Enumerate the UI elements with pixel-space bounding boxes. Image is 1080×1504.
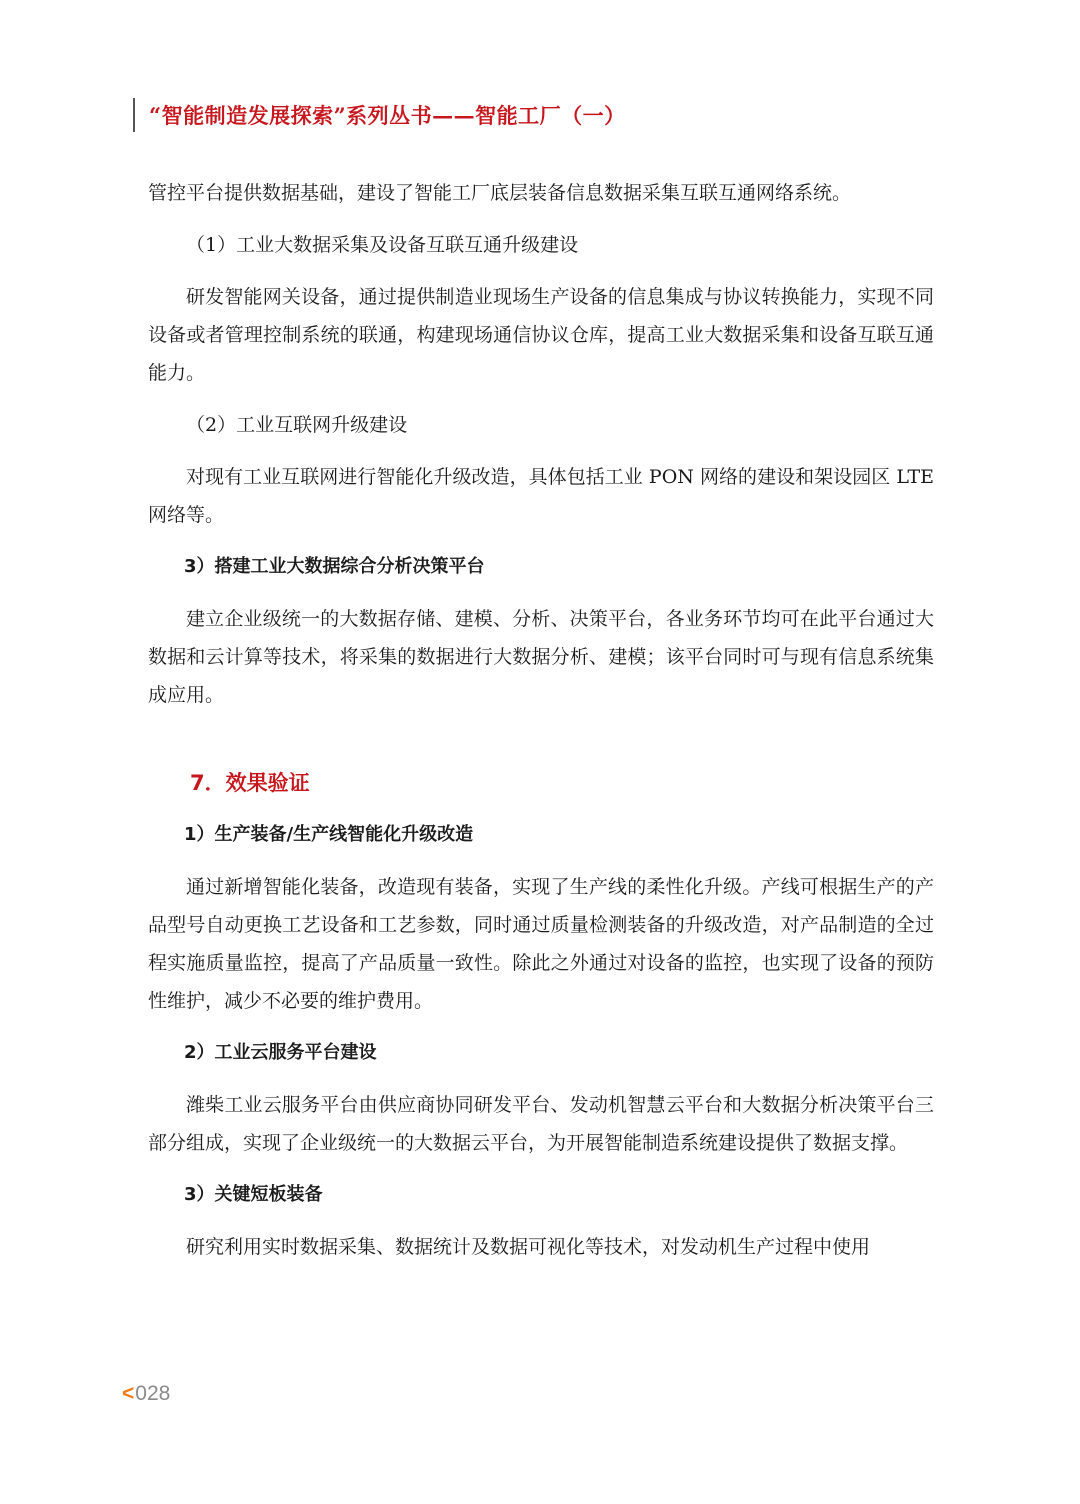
paragraph-2: 对现有工业互联网进行智能化升级改造，具体包括工业 PON 网络的建设和架设园区 … <box>148 458 934 534</box>
subheading-3: 3）搭建工业大数据综合分析决策平台 <box>148 548 934 586</box>
running-header: “智能制造发展探索”系列丛书——智能工厂（一） <box>133 98 626 132</box>
section-7-1-body: 通过新增智能化装备，改造现有装备，实现了生产线的柔性化升级。产线可根据生产的产品… <box>148 868 934 1020</box>
section-title-7: 7．效果验证 <box>148 764 934 802</box>
page-number: < 028 <box>122 1382 170 1406</box>
section-7-1-title: 1）生产装备/生产线智能化升级改造 <box>148 816 934 854</box>
chevron-left-icon: < <box>122 1382 134 1406</box>
page-number-value: 028 <box>135 1382 170 1406</box>
page-body: 管控平台提供数据基础，建设了智能工厂底层装备信息数据采集互联互通网络系统。 （1… <box>148 174 934 1266</box>
subheading-2: （2）工业互联网升级建设 <box>148 406 934 444</box>
section-7-3-body: 研究利用实时数据采集、数据统计及数据可视化等技术，对发动机生产过程中使用 <box>148 1228 934 1266</box>
section-7-2-title: 2）工业云服务平台建设 <box>148 1034 934 1072</box>
section-7-2-body: 潍柴工业云服务平台由供应商协同研发平台、发动机智慧云平台和大数据分析决策平台三部… <box>148 1086 934 1162</box>
paragraph-continued: 管控平台提供数据基础，建设了智能工厂底层装备信息数据采集互联互通网络系统。 <box>148 174 934 212</box>
header-divider-bar <box>133 98 135 132</box>
series-title: “智能制造发展探索”系列丛书——智能工厂（一） <box>149 100 626 130</box>
paragraph-3: 建立企业级统一的大数据存储、建模、分析、决策平台，各业务环节均可在此平台通过大数… <box>148 600 934 714</box>
paragraph-1: 研发智能网关设备，通过提供制造业现场生产设备的信息集成与协议转换能力，实现不同设… <box>148 278 934 392</box>
section-7-3-title: 3）关键短板装备 <box>148 1176 934 1214</box>
subheading-1: （1）工业大数据采集及设备互联互通升级建设 <box>148 226 934 264</box>
